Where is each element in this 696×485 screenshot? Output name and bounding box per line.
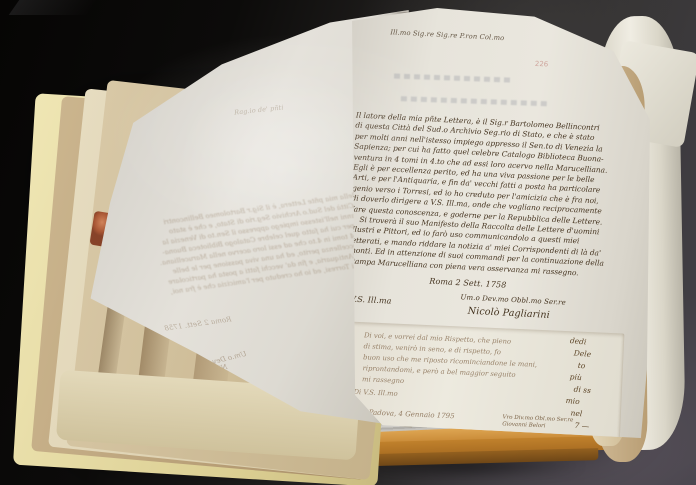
letter-valediction: Um.o Dev.mo Obbl.mo Ser.re — [460, 293, 566, 307]
show-through-line: Il latore della mia pñte Lettera, è il S… — [96, 186, 387, 237]
show-through-line: per molti anni nell'istesso impiego appr… — [99, 206, 390, 257]
show-through-date: Roma 2 Sett. 1758 — [164, 315, 232, 332]
right-page: Ill.mo Sig.re Sig.re P.ron Col.mo 226 Il… — [346, 8, 650, 438]
show-through-mark — [401, 96, 551, 106]
underlying-page-fragments: dedi Dele to più di ss mio nel 7 — — [562, 335, 630, 436]
letter-content: Ill.mo Sig.re Sig.re P.ron Col.mo 226 Il… — [325, 6, 651, 451]
museum-display-photo: ille ra- tto di le a' All' Ill.mo Sig.re… — [0, 0, 696, 485]
letter-salutation: Ill.mo Sig.re Sig.re P.ron Col.mo — [390, 28, 504, 42]
left-page-mid-scribble: Rag.io de' pñti — [234, 103, 284, 116]
folio-number: 226 — [535, 60, 549, 69]
display-case-edge — [9, 0, 98, 15]
slip-place-date: Padova, 4 Gennaio 1795 — [369, 409, 455, 421]
show-through-line: Sapienza; per cui ha fatto quel celebre … — [100, 216, 391, 267]
left-page-top-scribble: All' Ill.mo Sig.re di S. E. — [203, 10, 283, 43]
show-through-line: genio verso i Torresi, ed io ho creduto … — [106, 255, 397, 306]
show-through-mark — [394, 74, 514, 83]
letter-place-date: Roma 2 Sett. 1758 — [429, 277, 507, 290]
show-through-line: di questa Città del Sud.o Archivio Seg.r… — [97, 196, 388, 247]
show-through-line: Egli è per eccellenza perito, ed ha una … — [103, 236, 394, 287]
ink-show-through-block: Il latore della mia pñte Lettera, è il S… — [96, 186, 396, 306]
letter-body: Il latore della mia pñte Lettera, è il S… — [348, 111, 636, 282]
letter-signature: Nicolò Pagliarini — [468, 306, 551, 321]
show-through-line: ventura in 4 tomi in 4.to che ad essi lo… — [101, 226, 392, 277]
slip-closing-line: Di V.S. Ill.mo — [353, 388, 397, 398]
show-through-line: Arti, e per l'Antiquaria, e fin da' vecc… — [104, 245, 395, 296]
